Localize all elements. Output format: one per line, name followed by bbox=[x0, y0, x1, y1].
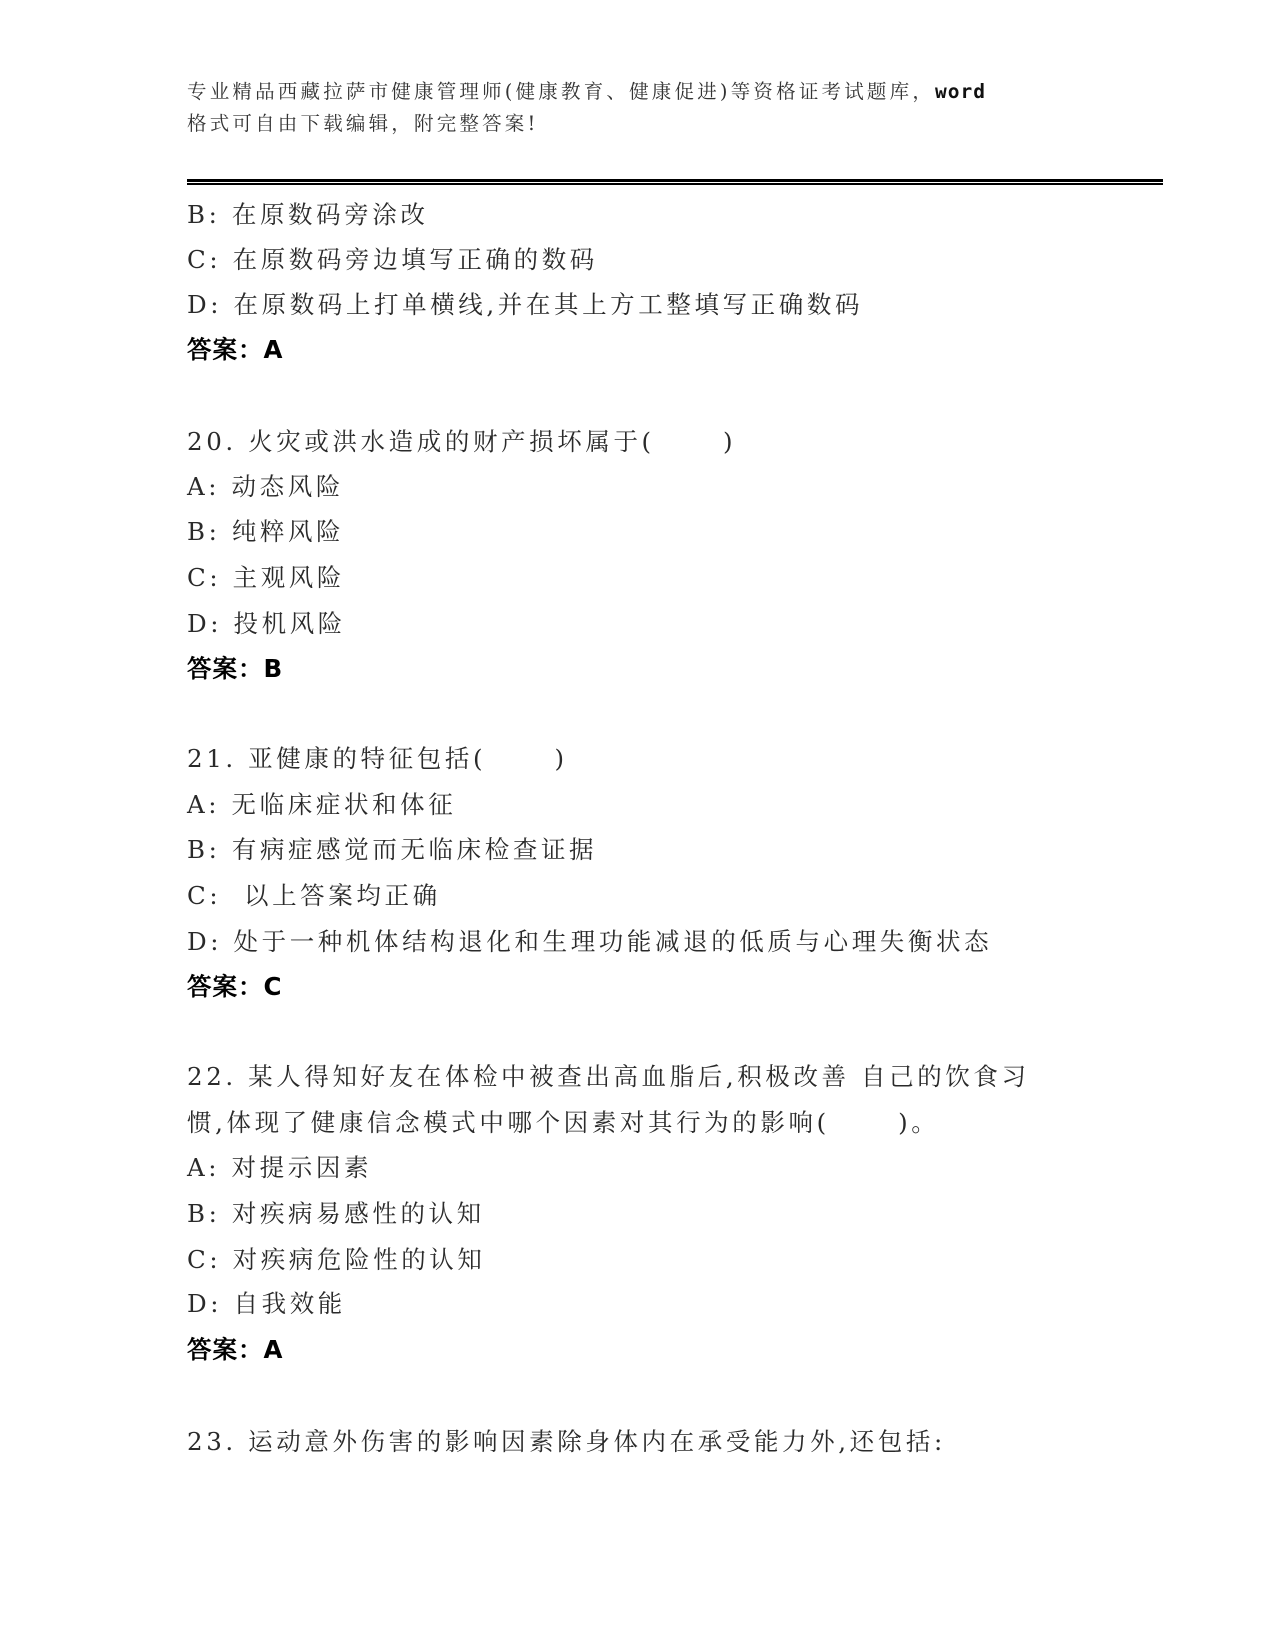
q20-option-d: D: 投机风险 bbox=[187, 609, 346, 639]
q21-option-d: D: 处于一种机体结构退化和生理功能减退的低质与心理失衡状态 bbox=[187, 927, 992, 957]
q20-stem: 20. 火灾或洪水造成的财产损坏属于( ) bbox=[187, 427, 736, 457]
q22-stem: 22. 某人得知好友在体检中被查出高血脂后,积极改善 自己的饮食习 bbox=[187, 1062, 1030, 1092]
q19-answer: 答案：A bbox=[187, 335, 283, 365]
document-header: 专业精品西藏拉萨市健康管理师(健康教育、健康促进)等资格证考试题库，word 格… bbox=[187, 76, 1087, 140]
q20-answer: 答案：B bbox=[187, 654, 283, 684]
q23-stem: 23. 运动意外伤害的影响因素除身体内在承受能力外,还包括: bbox=[187, 1427, 946, 1457]
q22-option-c: C: 对疾病危险性的认知 bbox=[187, 1245, 486, 1275]
q22-stem-continued: 惯,体现了健康信念模式中哪个因素对其行为的影响( )。 bbox=[187, 1108, 939, 1138]
q21-answer: 答案：C bbox=[187, 972, 282, 1002]
q21-option-c: C: 以上答案均正确 bbox=[187, 881, 441, 911]
header-line-1: 专业精品西藏拉萨市健康管理师(健康教育、健康促进)等资格证考试题库，word bbox=[187, 76, 1087, 108]
q21-option-a: A: 无临床症状和体征 bbox=[187, 790, 456, 820]
q19-option-b: B: 在原数码旁涂改 bbox=[187, 200, 429, 230]
header-divider-thick bbox=[187, 179, 1163, 182]
q22-option-d: D: 自我效能 bbox=[187, 1289, 346, 1319]
q20-option-b: B: 纯粹风险 bbox=[187, 517, 344, 547]
q20-option-c: C: 主观风险 bbox=[187, 563, 345, 593]
q19-option-c: C: 在原数码旁边填写正确的数码 bbox=[187, 245, 598, 275]
q21-option-b: B: 有病症感觉而无临床检查证据 bbox=[187, 835, 597, 865]
q22-option-b: B: 对疾病易感性的认知 bbox=[187, 1199, 485, 1229]
header-word-label: word bbox=[935, 80, 986, 103]
q22-answer: 答案：A bbox=[187, 1335, 283, 1365]
q20-option-a: A: 动态风险 bbox=[187, 472, 344, 502]
header-divider-thin bbox=[187, 183, 1163, 185]
header-line-2: 格式可自由下载编辑，附完整答案! bbox=[187, 108, 1087, 140]
q22-option-a: A: 对提示因素 bbox=[187, 1153, 372, 1183]
q21-stem: 21. 亚健康的特征包括( ) bbox=[187, 744, 568, 774]
q19-option-d: D: 在原数码上打单横线,并在其上方工整填写正确数码 bbox=[187, 290, 863, 320]
